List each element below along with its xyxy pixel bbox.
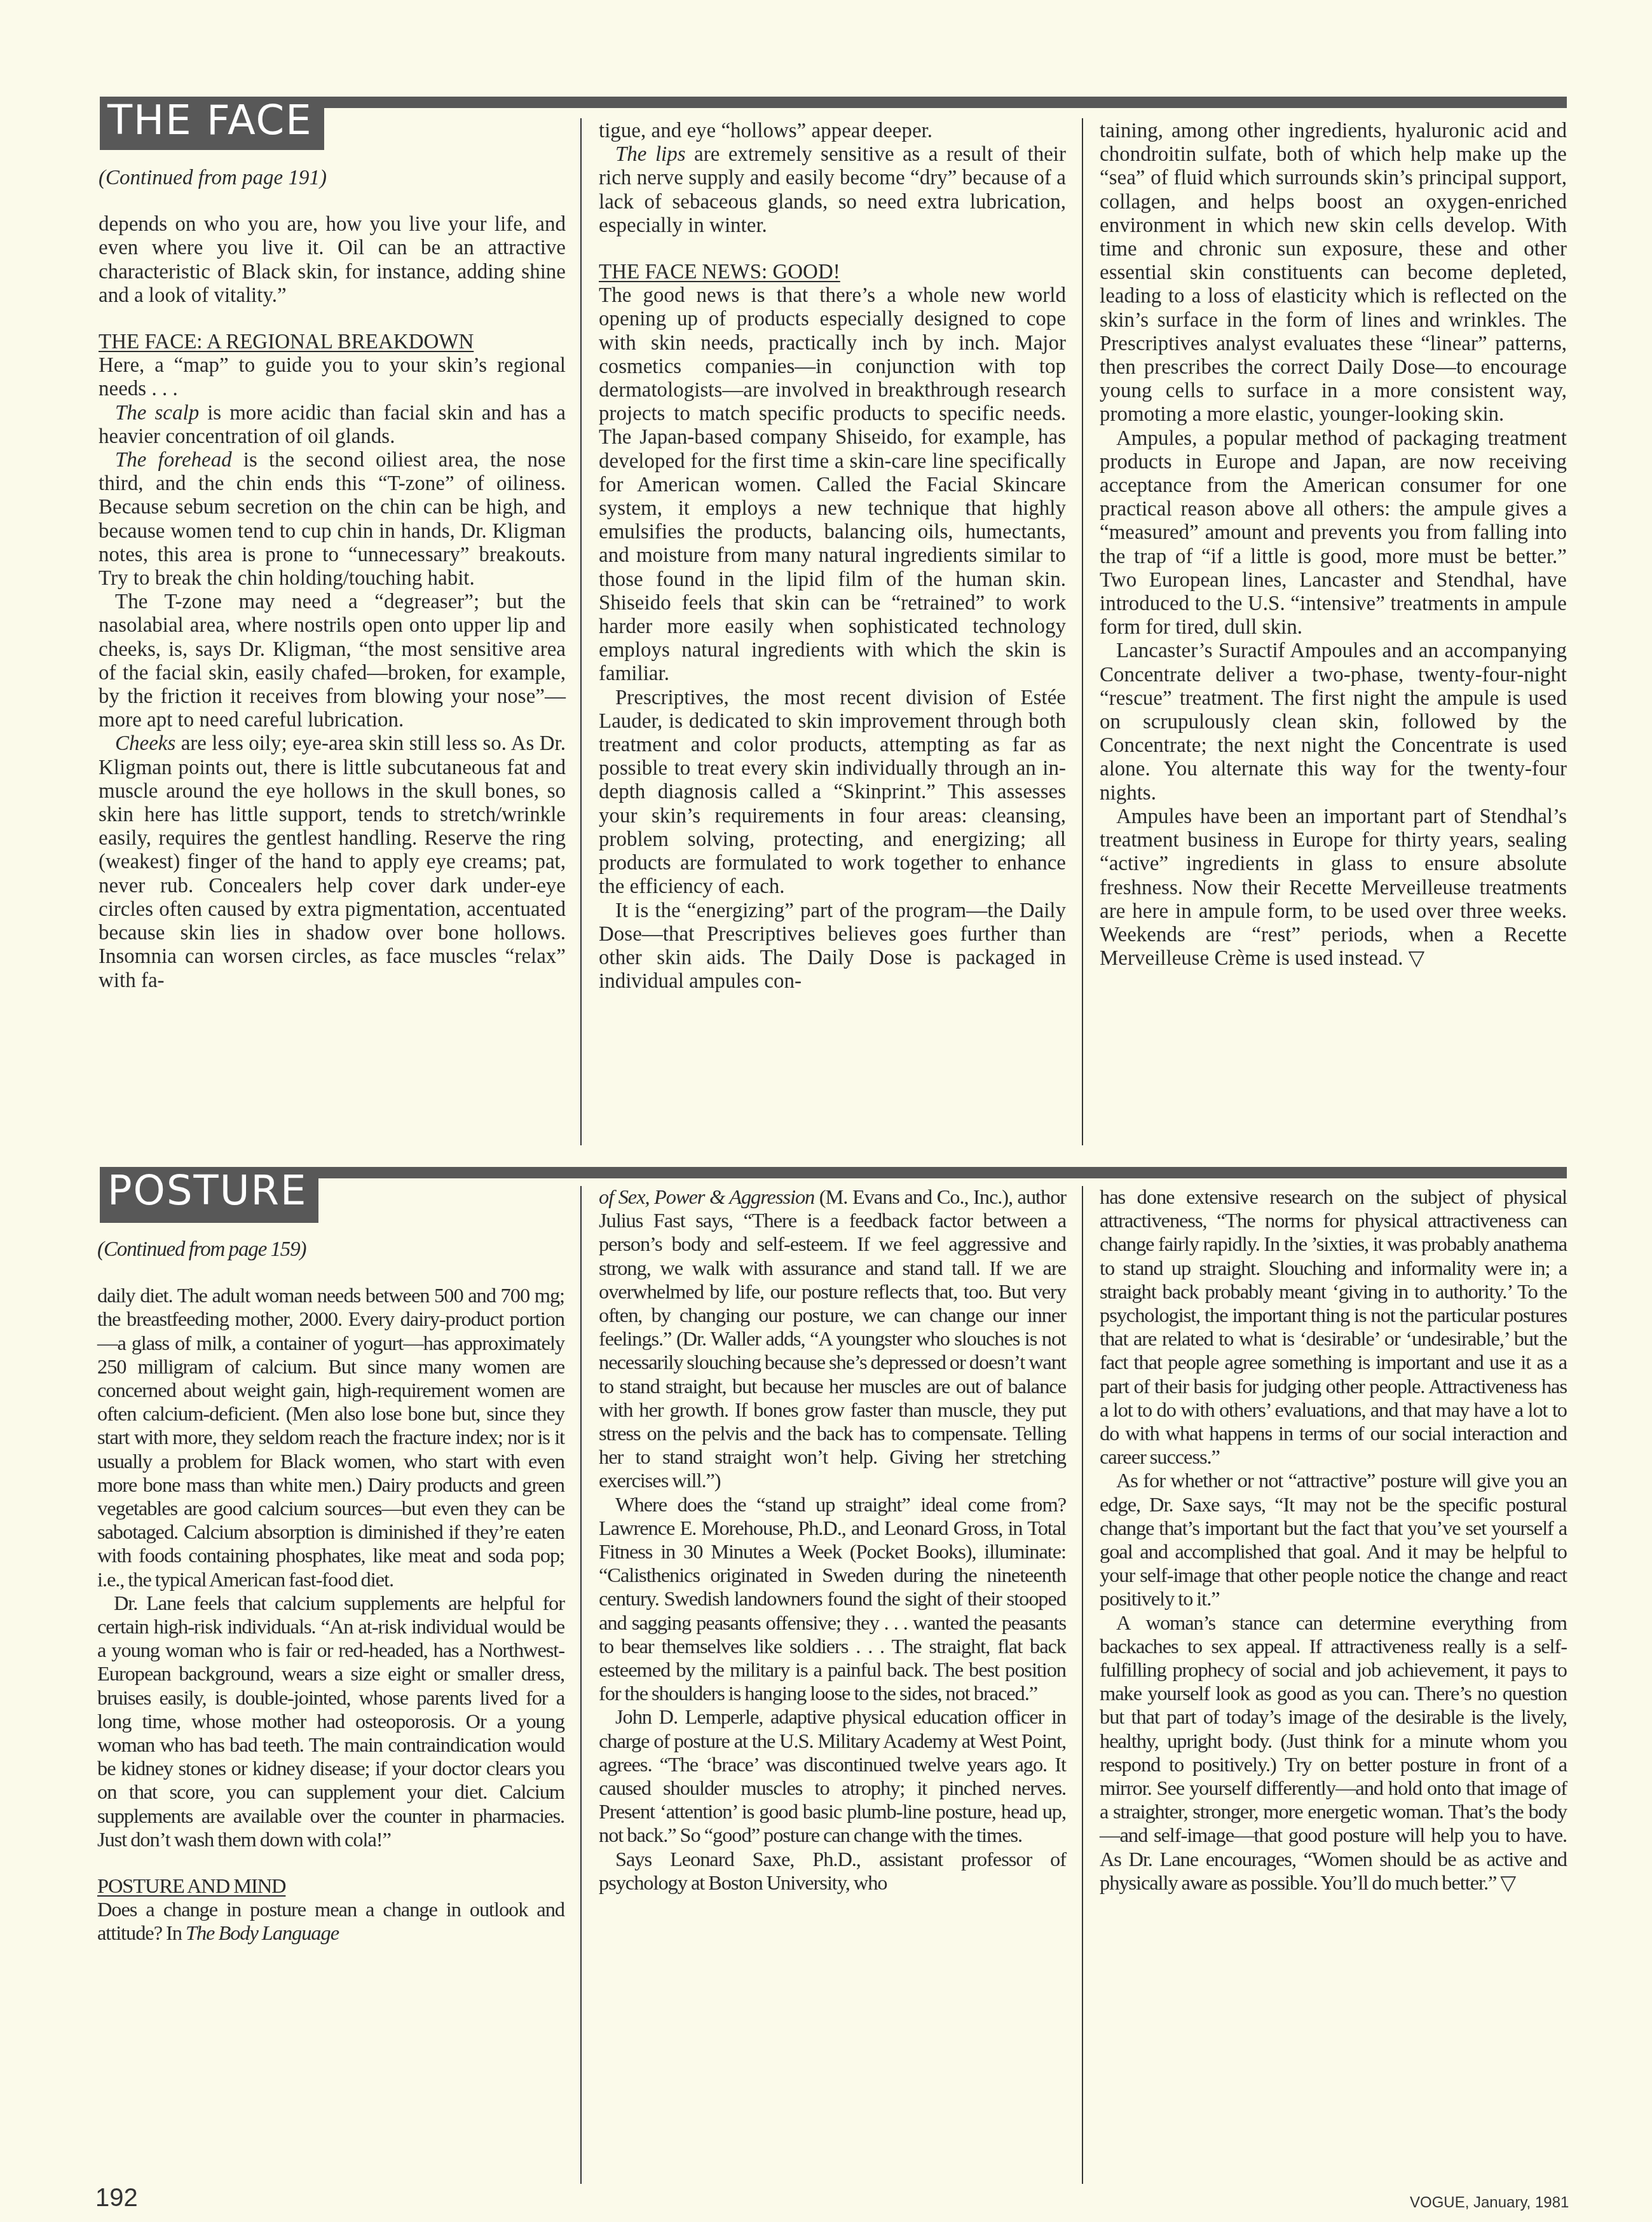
paragraph: of Sex, Power & Aggression (M. Evans and… bbox=[599, 1186, 1066, 1494]
page-number: 192 bbox=[95, 2184, 138, 2212]
face-column-2: tigue, and eye “hollows” appear deeper.T… bbox=[599, 119, 1066, 993]
emphasis: Cheeks bbox=[115, 732, 175, 755]
paragraph: The forehead is the second oiliest area,… bbox=[99, 449, 566, 590]
posture-column-1: (Continued from page 159)daily diet. The… bbox=[97, 1238, 564, 1946]
paragraph: Where does the “stand up straight” ideal… bbox=[599, 1494, 1066, 1707]
emphasis: of Sex, Power & Aggression bbox=[599, 1186, 814, 1209]
paragraph: Prescriptives, the most recent division … bbox=[599, 686, 1066, 899]
paragraph: The lips are extremely sensitive as a re… bbox=[599, 143, 1066, 238]
paragraph: A woman’s stance can determine everythin… bbox=[1100, 1612, 1567, 1895]
posture-column-2: of Sex, Power & Aggression (M. Evans and… bbox=[599, 1186, 1066, 1895]
paragraph: taining, among other ingredients, hyalur… bbox=[1100, 119, 1567, 427]
paragraph: depends on who you are, how you live you… bbox=[99, 213, 566, 308]
paragraph: Ampules have been an important part of S… bbox=[1100, 805, 1567, 971]
paragraph: has done extensive research on the subje… bbox=[1100, 1186, 1567, 1469]
subheading: THE FACE NEWS: GOOD! bbox=[599, 261, 1066, 284]
paragraph: Lancaster’s Suractif Ampoules and an acc… bbox=[1100, 639, 1567, 805]
emphasis: The lips bbox=[615, 143, 686, 166]
paragraph: The good news is that there’s a whole ne… bbox=[599, 284, 1066, 686]
column-divider bbox=[1082, 1186, 1083, 2184]
posture-rule-bar bbox=[100, 1167, 1567, 1178]
paragraph: Dr. Lane feels that calcium supplements … bbox=[97, 1592, 564, 1852]
paragraph: The scalp is more acidic than facial ski… bbox=[99, 402, 566, 449]
column-divider bbox=[1082, 118, 1083, 1145]
paragraph: daily diet. The adult woman needs betwee… bbox=[97, 1285, 564, 1592]
posture-column-3: has done extensive research on the subje… bbox=[1100, 1186, 1567, 1895]
paragraph: Ampules, a popular method of packaging t… bbox=[1100, 427, 1567, 640]
book-title: The Body Language bbox=[186, 1922, 339, 1945]
face-column-3: taining, among other ingredients, hyalur… bbox=[1100, 119, 1567, 971]
paragraph: Here, a “map” to guide you to your skin’… bbox=[99, 354, 566, 401]
face-section-label: THE FACE bbox=[100, 99, 324, 150]
emphasis: The forehead bbox=[115, 449, 232, 472]
subheading: THE FACE: A REGIONAL BREAKDOWN bbox=[99, 331, 566, 354]
column-divider bbox=[580, 1186, 582, 2184]
posture-section-label: POSTURE bbox=[100, 1169, 318, 1223]
continued-note: (Continued from page 159) bbox=[97, 1238, 564, 1262]
paragraph: John D. Lemperle, adaptive physical educ… bbox=[599, 1706, 1066, 1848]
paragraph: Says Leonard Saxe, Ph.D., assistant prof… bbox=[599, 1848, 1066, 1895]
continued-note: (Continued from page 191) bbox=[99, 167, 566, 190]
paragraph: As for whether or not “attractive” postu… bbox=[1100, 1469, 1567, 1611]
column-divider bbox=[580, 118, 582, 1145]
paragraph: Does a change in posture mean a change i… bbox=[97, 1898, 564, 1946]
paragraph: Cheeks are less oily; eye-area skin stil… bbox=[99, 732, 566, 992]
paragraph: It is the “energizing” part of the progr… bbox=[599, 899, 1066, 994]
subheading: POSTURE AND MIND bbox=[97, 1875, 564, 1898]
paragraph: The T-zone may need a “degreaser”; but t… bbox=[99, 590, 566, 732]
face-column-1: (Continued from page 191)depends on who … bbox=[99, 167, 566, 993]
emphasis: The scalp bbox=[115, 402, 199, 425]
paragraph: tigue, and eye “hollows” appear deeper. bbox=[599, 119, 1066, 143]
publication-line: VOGUE, January, 1981 bbox=[1410, 2194, 1569, 2212]
